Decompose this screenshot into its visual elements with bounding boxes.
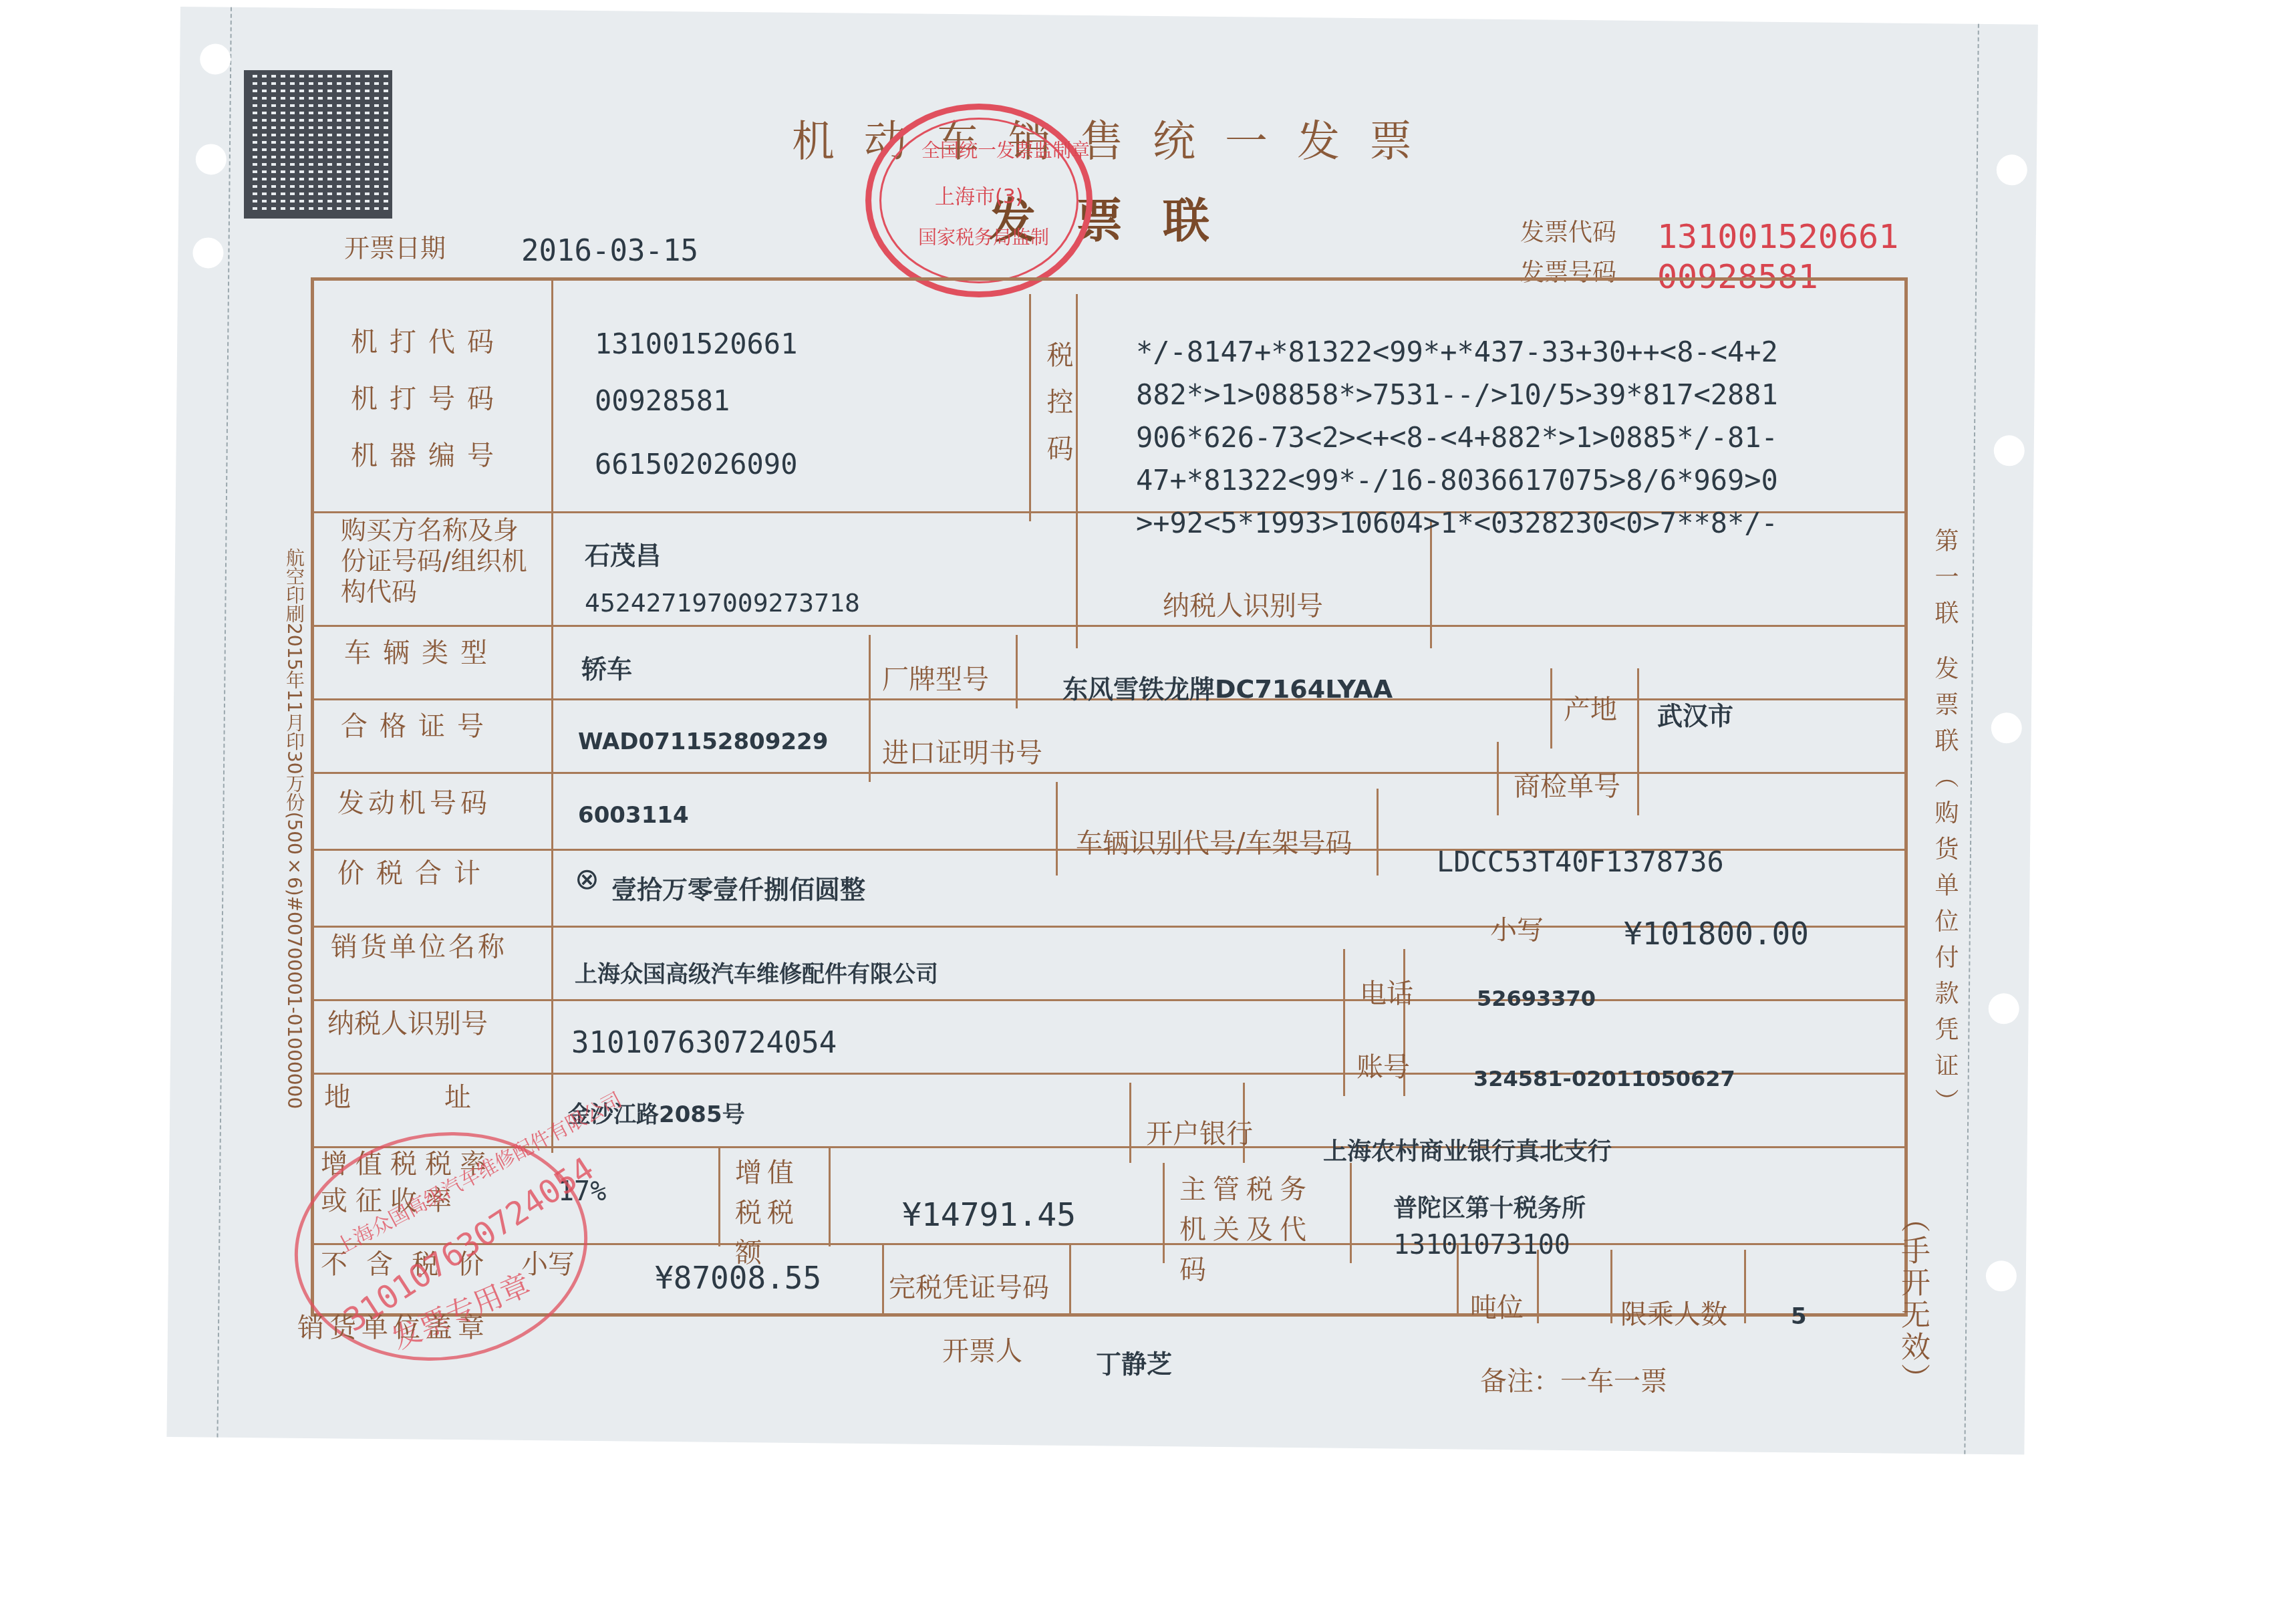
punch-hole: [1989, 993, 2019, 1024]
import-label: 进口证明书号: [882, 732, 1042, 770]
divider: [1029, 294, 1031, 521]
stamp-text: 上海市(3): [935, 180, 1024, 209]
punch-hole: [1986, 1260, 2017, 1291]
divider: [1016, 635, 1018, 708]
vin: LDCC53T40F1378736: [1437, 845, 1724, 878]
divider: [1497, 742, 1499, 815]
cipher-block: */-8147+*81322<99*+*437-33+30++<8-<4+2 8…: [1136, 331, 1778, 545]
printer-info: 航空印刷2015年11月印30万份(500×6)#00700001-010000…: [281, 548, 307, 1109]
vin-label: 车辆识别代号/车架号码: [1076, 822, 1352, 860]
divider: [1076, 521, 1078, 648]
invoice-code: 131001520661: [1657, 217, 1898, 256]
cipher-line: 882*>1>08858*>7531--/>10/5>39*817<2881: [1136, 374, 1778, 416]
origin-label: 产地: [1564, 688, 1617, 726]
tax-authority-label: 主管税务机关及代码: [1179, 1170, 1340, 1290]
machine-number-label: 机打号码: [351, 378, 506, 416]
total-lower: ¥101800.00: [1624, 916, 1809, 952]
seller-account-label: 账号: [1356, 1046, 1410, 1084]
seller-name-label: 销货单位名称: [331, 926, 507, 964]
passengers: 5: [1791, 1303, 1807, 1330]
stamp-text: 国家税务局监制: [918, 223, 1049, 250]
cert-number: WAD071152809229: [578, 728, 828, 755]
seller-account: 324581-02011050627: [1473, 1066, 1735, 1091]
divider: [1069, 1243, 1071, 1317]
buyer-id: 452427197009273718: [585, 588, 860, 618]
tax-certificate-label: 完税凭证号码: [889, 1266, 1049, 1305]
seller-address-label: 地址: [324, 1076, 565, 1114]
buyer-label: 购买方名称及身份证号码/组织机构代码: [341, 515, 535, 607]
perforation-left: [217, 7, 232, 1438]
seller-phone-label: 电话: [1360, 972, 1413, 1011]
tonnage-label: 吨位: [1470, 1287, 1524, 1325]
vehicle-type: 轿车: [581, 648, 632, 685]
divider: [1056, 782, 1058, 876]
vehicle-type-label: 车辆类型: [344, 632, 499, 670]
invoice-code-label: 发票代码: [1520, 214, 1616, 248]
total-lower-label: 小写: [1490, 909, 1544, 947]
cipher-label: 税控码: [1039, 341, 1077, 481]
divider: [311, 625, 1908, 627]
perforation-right: [1964, 24, 1979, 1454]
bank-label: 开户银行: [1146, 1113, 1253, 1151]
divider: [1537, 1250, 1539, 1323]
divider: [1610, 1250, 1612, 1323]
seller-phone: 52693370: [1477, 986, 1596, 1011]
divider: [311, 999, 1908, 1001]
punch-hole: [192, 237, 223, 268]
divider: [718, 1146, 720, 1246]
origin: 武汉市: [1657, 695, 1733, 732]
tax-bureau-stamp: 全国统一发票监制章 上海市(3) 国家税务局监制: [865, 104, 1093, 297]
punch-hole: [1991, 712, 2022, 743]
qr-code: [244, 70, 392, 219]
issue-date-label: 开票日期: [344, 227, 446, 264]
pretax-price: ¥87008.55: [655, 1260, 821, 1296]
device-number-label: 机器编号: [351, 434, 506, 473]
divider: [869, 635, 871, 782]
punch-hole: [1994, 435, 2025, 466]
machine-code: 131001520661: [595, 327, 797, 360]
inspection-label: 商检单号: [1514, 765, 1620, 803]
machine-number: 00928581: [595, 384, 730, 417]
punch-hole: [196, 144, 227, 174]
copy-designation: 第一联 发票联（购货单位付款凭证）: [1928, 528, 1962, 1076]
brand-label: 厂牌型号: [882, 658, 989, 696]
divider: [1744, 1250, 1746, 1323]
passengers-label: 限乘人数: [1620, 1293, 1727, 1331]
handwritten-invalid-note: （手开无效）: [1891, 1203, 1934, 1395]
vat-amount: ¥14791.45: [902, 1196, 1076, 1234]
issue-date: 2016-03-15: [521, 234, 698, 268]
total-prefix-icon: ⊗: [575, 862, 599, 896]
engine-number: 6003114: [578, 802, 689, 829]
seller-bank: 上海农村商业银行真北支行: [1323, 1133, 1612, 1167]
tax-authority: 普陀区第十税务所: [1393, 1190, 1586, 1224]
cipher-line: >+92<5*1993>10604>1*<0328230<0>7**8*/-: [1136, 502, 1778, 545]
tax-authority-code: 13101073100: [1393, 1230, 1570, 1260]
buyer-name: 石茂昌: [585, 535, 661, 571]
seller-stamp-label: 销货单位盖章: [297, 1307, 490, 1345]
punch-hole: [200, 43, 231, 74]
divider: [1163, 1163, 1165, 1263]
machine-code-label: 机打代码: [351, 321, 506, 359]
cipher-line: */-8147+*81322<99*+*437-33+30++<8-<4+2: [1136, 331, 1778, 374]
punch-hole: [1997, 154, 2027, 185]
cert-label: 合格证号: [341, 705, 496, 743]
issuer-label: 开票人: [942, 1330, 1022, 1368]
seller-taxpayer-label: 纳税人识别号: [327, 1002, 488, 1041]
engine-label: 发动机号码: [337, 782, 491, 820]
divider: [1377, 789, 1379, 876]
divider: [1637, 668, 1639, 815]
cipher-line: 47+*81322<99*-/16-8036617075>8/6*969>0: [1136, 459, 1778, 502]
total-label: 价税合计: [337, 852, 492, 890]
divider: [1350, 1163, 1352, 1263]
divider: [551, 277, 553, 1153]
seller-name: 上海众国高级汽车维修配件有限公司: [575, 956, 938, 988]
divider: [829, 1146, 831, 1246]
stamp-text: 全国统一发票监制章: [921, 136, 1090, 163]
divider: [1550, 668, 1552, 749]
device-number: 661502026090: [595, 448, 797, 481]
cipher-line: 906*626-73<2><+<8-<4+882*>1>0885*/-81-: [1136, 416, 1778, 459]
seller-taxpayer-id: 310107630724054: [571, 1026, 837, 1060]
divider: [882, 1243, 884, 1317]
vat-amount-label: 增值税税额: [735, 1153, 815, 1273]
issuer: 丁静芝: [1096, 1343, 1172, 1380]
divider: [1129, 1083, 1131, 1163]
divider: [311, 772, 1908, 774]
brand-model: 东风雪铁龙牌DC7164LYAA: [1062, 668, 1393, 705]
buyer-taxpayer-label: 纳税人识别号: [1163, 585, 1323, 623]
total-upper: 壹拾万零壹仟捌佰圆整: [611, 869, 865, 906]
remark: 备注：一车一票: [1480, 1360, 1667, 1398]
